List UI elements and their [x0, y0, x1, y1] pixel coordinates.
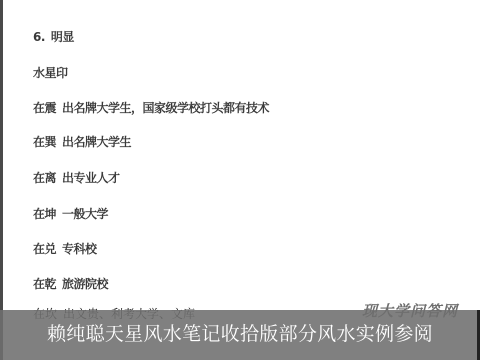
doc-line: 在离出专业人才: [33, 169, 120, 186]
line-key: 在乾: [33, 277, 56, 291]
line-key: 在兑: [33, 242, 56, 256]
line-key: 在震: [33, 101, 56, 115]
line-key: 在坤: [33, 207, 56, 221]
doc-line: 在震出名牌大学生，国家级学校打头都有技术: [33, 99, 269, 116]
line-text: 出名牌大学生，国家级学校打头都有技术: [62, 101, 269, 115]
line-text: 明显: [51, 30, 74, 44]
doc-line-subheading: 水星印: [33, 64, 68, 81]
line-text: 专科校: [62, 242, 97, 256]
line-key: 在离: [33, 171, 56, 185]
line-key: 水星印: [33, 66, 68, 80]
document-page: 6.明显 水星印 在震出名牌大学生，国家级学校打头都有技术 在巽出名牌大学生 在…: [0, 0, 480, 360]
line-text: 一般大学: [62, 207, 108, 221]
page-left-border: [0, 0, 3, 360]
doc-line: 在乾旅游院校: [33, 275, 108, 292]
line-text: 旅游院校: [62, 277, 108, 291]
doc-line: 在兑专科校: [33, 240, 97, 257]
line-text: 出专业人才: [62, 171, 120, 185]
caption-text: 赖纯聪天星风水笔记收拾版部分风水实例参阅: [0, 312, 480, 356]
doc-line-heading: 6.明显: [33, 28, 74, 45]
line-key: 6.: [33, 30, 45, 44]
line-text: 出名牌大学生: [62, 135, 131, 149]
doc-line: 在坤一般大学: [33, 205, 108, 222]
doc-line: 在巽出名牌大学生: [33, 133, 131, 150]
line-key: 在巽: [33, 135, 56, 149]
